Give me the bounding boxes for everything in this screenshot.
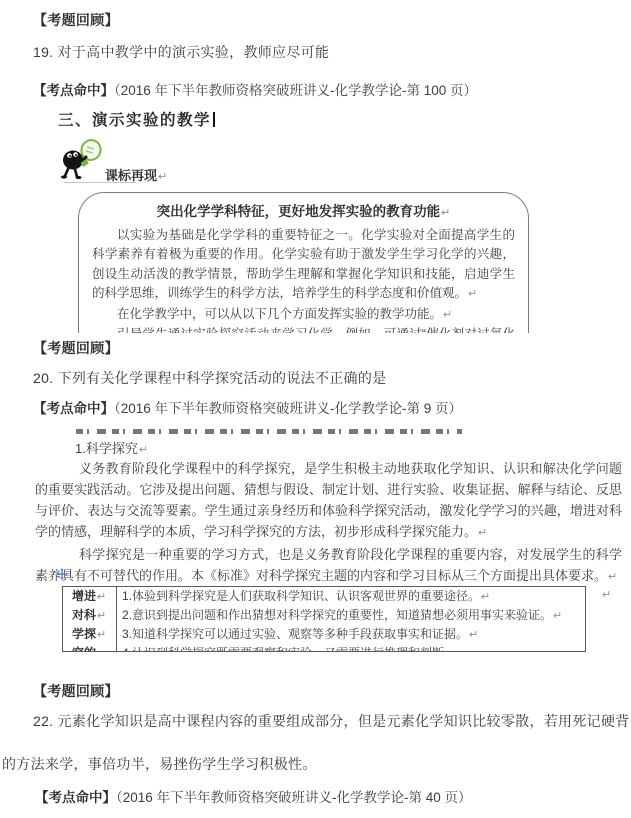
pilcrow-mark: ↵ [478,527,487,539]
table-header-line: 究的 [72,644,116,652]
table-header-line: 增进↵ [72,587,116,606]
hit-label: 【考点命中】 [33,83,114,98]
table-row: 2.意识到提出问题和作出猜想对科学探究的重要性，知道猜想必须用事实来验证。↵ [122,606,585,625]
section-heading-text: 三、演示实验的教学 [58,112,211,129]
pilcrow-mark: ↵ [139,444,148,456]
review-section-label-1: 【考题回顾】 [33,10,119,30]
box-paragraph-1: 以实验为基础是化学学科的重要特征之一。化学实验对全面提高学生的科学素养有着极为重… [92,226,515,305]
box-paragraph-2-text: 在化学教学中，可以从以下几个方面发挥实验的教学功能。 [117,307,442,321]
pilcrow-mark: ↵ [97,591,106,603]
table-header-line-text: 对科 [72,608,96,622]
inquiry-heading-text: 1.科学探究 [75,441,138,456]
hit-label: 【考点命中】 [33,401,114,416]
review-section-label-3: 【考题回顾】 [33,681,119,701]
pilcrow-mark: ↵ [602,588,611,601]
inquiry-heading: 1.科学探究↵ [75,438,148,457]
table-header-line-text: 究的 [72,646,96,652]
kb-caption: 课标再现↵ [105,165,167,184]
table-row-text: 1.体验到科学探究是人们获取科学知识、认识客观世界的重要途径。 [122,589,480,603]
inquiry-paragraph-1: 义务教育阶段化学课程中的科学探究，是学生积极主动地获取化学知识、认识和解决化学问… [35,458,622,544]
question-22-line1: 22. 元素化学知识是高中课程内容的重要组成部分，但是元素化学知识比较零散，若用… [33,711,630,731]
hit-label: 【考点命中】 [35,790,116,805]
table-header-line-text: 增进 [72,589,96,603]
hit-ref-q19: 【考点命中】（2016 年下半年教师资格突破班讲义-化学教学论-第 100 页） [33,79,477,99]
pilcrow-mark: ↵ [469,629,478,641]
object-anchor-icon [56,567,68,579]
standards-table: 增进↵ 对科↵ 学探↵ 究的 1.体验到科学探究是人们获取科学知识、认识客观世界… [62,586,586,652]
pilcrow-mark: ↵ [468,288,477,300]
table-header-line: 对科↵ [72,606,116,625]
kb-caption-text: 课标再现 [105,168,157,183]
pilcrow-mark: ↵ [481,591,490,603]
section-heading: 三、演示实验的教学 [58,108,215,130]
pilcrow-mark: ↵ [441,207,450,219]
table-row: 4.认识到科学探究既需要观察和实验，又需要进行推理和判断。 [122,644,585,652]
inquiry-paragraph-2: 科学探究是一种重要的学习方式，也是义务教育阶段化学课程的重要内容，对发展学生的科… [35,544,622,588]
pilcrow-mark: ↵ [553,610,562,622]
hit-ref-text: （2016 年下半年教师资格突破班讲义-化学教学论-第 9 页） [114,401,462,416]
pilcrow-mark: ↵ [608,571,617,583]
box-title-text: 突出化学学科特征，更好地发挥实验的教育功能 [157,204,441,219]
table-header-line-text: 学探 [72,627,96,641]
table-row: 3.知道科学探究可以通过实验、观察等多种手段获取事实和证据。↵ [122,625,585,644]
box-paragraph-3: 引导学生通过实验探究活动来学习化学。例如，可通过“催化剂对过氧化氢分 [92,325,515,333]
table-row-text: 2.意识到提出问题和作出猜想对科学探究的重要性，知道猜想必须用事实来验证。 [122,608,552,622]
table-row: 1.体验到科学探究是人们获取科学知识、认识客观世界的重要途径。↵ [122,587,585,606]
table-row-text: 3.知道科学探究可以通过实验、观察等多种手段获取事实和证据。 [122,627,468,641]
pilcrow-mark: ↵ [97,610,106,622]
document-page[interactable]: 【考题回顾】 19. 对于高中教学中的演示实验，教师应尽可能 【考点命中】（20… [0,0,631,818]
question-20: 20. 下列有关化学课程中科学探究活动的说法不正确的是 [33,368,386,388]
pilcrow-mark: ↵ [443,309,452,321]
pilcrow-mark: ↵ [97,629,106,641]
hit-ref-text: （2016 年下半年教师资格突破班讲义-化学教学论-第 100 页） [114,83,477,98]
box-title: 突出化学学科特征，更好地发挥实验的教育功能↵ [92,202,515,224]
text-cursor [213,112,215,127]
table-body-cell: 1.体验到科学探究是人们获取科学知识、认识客观世界的重要途径。↵ 2.意识到提出… [117,587,585,651]
clipped-text-artifact [76,429,462,434]
object-anchor-icon-svg [56,568,68,580]
question-22-line2: 的方法来学，事倍功半，易挫伤学生学习积极性。 [2,754,317,774]
hit-ref-q20: 【考点命中】（2016 年下半年教师资格突破班讲义-化学教学论-第 9 页） [33,397,462,417]
mascot-magnifier-icon-svg [60,138,106,184]
box-paragraph-2: 在化学教学中，可以从以下几个方面发挥实验的教学功能。↵ [92,305,515,326]
hit-ref-text: （2016 年下半年教师资格突破班讲义-化学教学论-第 40 页） [116,790,472,805]
pilcrow-mark: ↵ [158,171,167,183]
table-header-cell: 增进↵ 对科↵ 学探↵ 究的 [63,587,117,651]
mascot-magnifier-icon [60,138,106,184]
hit-ref-q22: 【考点命中】（2016 年下半年教师资格突破班讲义-化学教学论-第 40 页） [35,786,472,806]
table-row-text: 4.认识到科学探究既需要观察和实验，又需要进行推理和判断。 [122,646,456,652]
inquiry-excerpt: 义务教育阶段化学课程中的科学探究，是学生积极主动地获取化学知识、认识和解决化学问… [35,458,622,588]
table-header-line: 学探↵ [72,625,116,644]
question-19: 19. 对于高中教学中的演示实验，教师应尽可能 [33,42,329,62]
inquiry-paragraph-2-text: 科学探究是一种重要的学习方式，也是义务教育阶段化学课程的重要内容，对发展学生的科… [35,547,622,583]
box-paragraph-1-text: 以实验为基础是化学学科的重要特征之一。化学实验对全面提高学生的科学素养有着极为重… [92,228,515,301]
standard-excerpt-box: 突出化学学科特征，更好地发挥实验的教育功能↵ 以实验为基础是化学学科的重要特征之… [78,192,529,333]
review-section-label-2: 【考题回顾】 [33,338,119,358]
box-paragraph-3-text: 引导学生通过实验探究活动来学习化学。例如，可通过“催化剂对过氧化氢分 [92,327,515,333]
inquiry-paragraph-1-text: 义务教育阶段化学课程中的科学探究，是学生积极主动地获取化学知识、认识和解决化学问… [35,461,622,539]
